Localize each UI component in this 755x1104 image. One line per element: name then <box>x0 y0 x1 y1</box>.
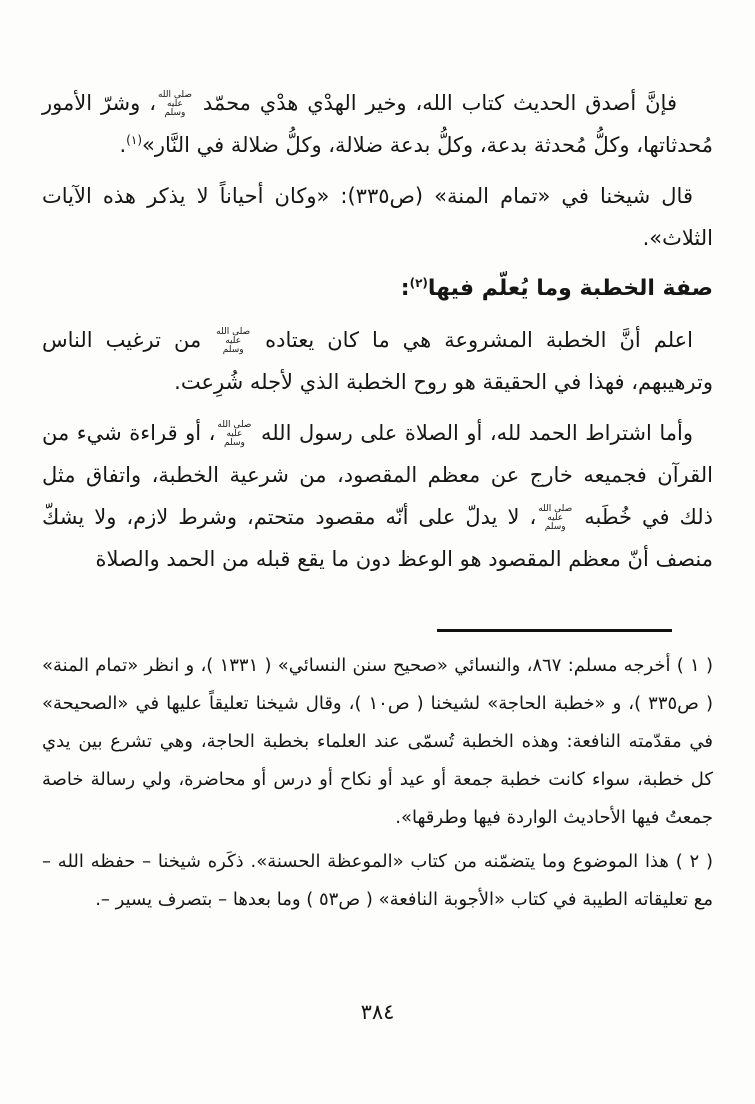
paragraph-hadith-end: فإنَّ أصدق الحديث كتاب الله، وخير الهدْي… <box>42 82 713 166</box>
sallallahu-alayhi-wasallam-icon: صلى الله عليه وسلم <box>156 91 194 118</box>
paragraph-khutbah-conditions: وأما اشتراط الحمد لله، أو الصلاة على رسو… <box>42 412 713 580</box>
page-content: فإنَّ أصدق الحديث كتاب الله، وخير الهدْي… <box>42 82 713 589</box>
book-page: فإنَّ أصدق الحديث كتاب الله، وخير الهدْي… <box>0 0 755 1104</box>
section-heading: صفة الخطبة وما يُعلّم فيها(٢): <box>42 268 713 310</box>
footnote-2: ( ٢ ) هذا الموضوع وما يتضمّنه من كتاب «ا… <box>42 843 713 919</box>
footnote-reference: (٢) <box>410 276 428 290</box>
footnote-separator <box>437 629 672 632</box>
footnotes-section: ( ١ ) أخرجه مسلم: ٨٦٧، والنسائي «صحيح سن… <box>42 647 713 925</box>
footnote-reference: (١) <box>126 133 142 147</box>
sallallahu-alayhi-wasallam-icon: صلى الله عليه وسلم <box>536 505 574 532</box>
sallallahu-alayhi-wasallam-icon: صلى الله عليه وسلم <box>214 328 252 355</box>
paragraph-khutbah-definition: اعلم أنَّ الخطبة المشروعة هي ما كان يعتا… <box>42 319 713 403</box>
footnote-1: ( ١ ) أخرجه مسلم: ٨٦٧، والنسائي «صحيح سن… <box>42 647 713 837</box>
page-number: ٣٨٤ <box>0 1000 755 1024</box>
paragraph-sheikh-quote: قال شيخنا في «تمام المنة» (ص٣٣٥): «وكان … <box>42 175 713 259</box>
sallallahu-alayhi-wasallam-icon: صلى الله عليه وسلم <box>215 421 253 448</box>
